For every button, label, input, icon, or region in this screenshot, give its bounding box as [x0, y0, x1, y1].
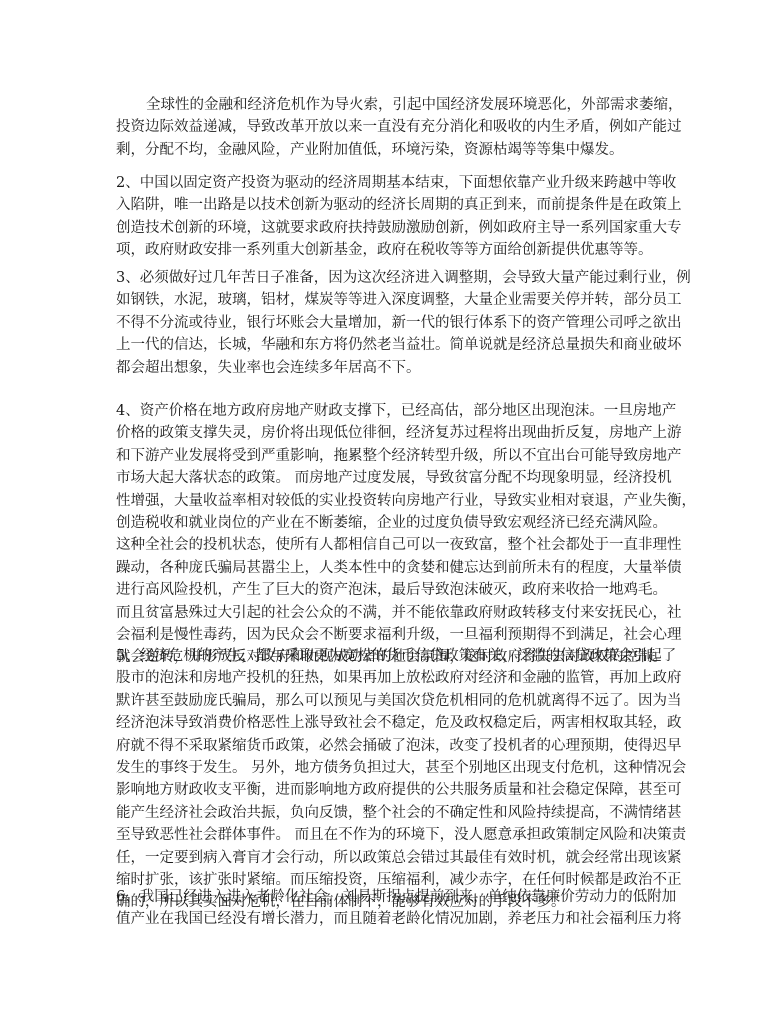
paragraph-point-4: 4、资产价格在地方政府房地产财政支撑下，已经高估，部分地区出现泡沫。一旦房地产价…: [116, 400, 661, 669]
text-line: 不得不分流或待业，银行坏账会大量增加，新一代的银行体系下的资产管理公司呼之欲出: [116, 312, 661, 334]
text-line: 值产业在我国已经没有增长潜力，而且随着老龄化情况加剧，养老压力和社会福利压力将: [116, 908, 661, 930]
text-line: 股市的泡沫和房地产投机的狂热，如果再加上放松政府对经济和金融的监管，再加上政府: [116, 667, 661, 689]
text-line: 至导致恶性社会群体事件。 而且在不作为的环境下，没人愿意承担政策制定风险和决策责: [116, 824, 661, 846]
text-line: 投资边际效益递减，导致改革开放以来一直没有充分消化和吸收的内生矛盾，例如产能过: [116, 116, 661, 138]
text-line: 5、经济危机的产生，都与采取更为宽松的货币信贷政策有关，泛滥的信贷政策会引起了: [116, 645, 661, 667]
text-line: 和下游产业发展将受到严重影响，拖累整个经济转型升级，所以不宜出台可能导致房地产: [116, 445, 661, 467]
text-line: 上一代的信达，长城，华融和东方将仍然老当益壮。简单说就是经济总量损失和商业破坏: [116, 334, 661, 356]
text-line: 经济泡沫导致消费价格恶性上涨导致社会不稳定，危及政权稳定后，两害相权取其轻，政: [116, 712, 661, 734]
text-line: 进行高风险投机，产生了巨大的资产泡沫，最后导致泡沫破灭，政府来收拾一地鸡毛。: [116, 579, 661, 601]
text-line: 躁动，各种庞氏骗局甚嚣尘上，人类本性中的贪婪和健忘达到前所未有的程度，大量举债: [116, 557, 661, 579]
text-line: 府就不得不采取紧缩货币政策，必然会捅破了泡沫，改变了投机者的心理预期，使得迟早: [116, 735, 661, 757]
text-line: 6、我国已经进入进入老龄化社会，刘易斯拐点提前到来，单纯依靠廉价劳动力的低附加: [116, 886, 661, 908]
text-line: 价格的政策支撑失灵，房价将出现低位徘徊，经济复苏过程将出现曲折反复，房地产上游: [116, 422, 661, 444]
text-line: 全球性的金融和经济危机作为导火索，引起中国经济发展环境恶化，外部需求萎缩，: [116, 94, 661, 116]
text-line: 性增强，大量收益率相对较低的实业投资转向房地产行业，导致实业相对衰退，产业失衡，: [116, 490, 661, 512]
text-line: 市场大起大落状态的政策。 而房地产过度发展，导致贫富分配不均现象明显，经济投机: [116, 467, 661, 489]
text-line: 任，一定要到病入膏肓才会行动，所以政策总会错过其最佳有效时机，就会经常出现该紧: [116, 847, 661, 869]
text-line: 4、资产价格在地方政府房地产财政支撑下，已经高估，部分地区出现泡沫。一旦房地产: [116, 400, 661, 422]
text-line: 创造税收和就业岗位的产业在不断萎缩，企业的过度负债导致宏观经济已经充满风险。: [116, 512, 661, 534]
text-line: 会福利是慢性毒药，因为民众会不断要求福利升级，一旦福利预期得不到满足，社会心理: [116, 624, 661, 646]
text-line: 而且贫富悬殊过大引起的社会公众的不满，并不能依靠政府财政转移支付来安抚民心，社: [116, 602, 661, 624]
paragraph-point-3: 3、必须做好过几年苦日子准备，因为这次经济进入调整期，会导致大量产能过剩行业，例…: [116, 267, 661, 379]
paragraph-point-5: 5、经济危机的产生，都与采取更为宽松的货币信贷政策有关，泛滥的信贷政策会引起了股…: [116, 645, 661, 914]
text-line: 都会超出想象，失业率也会连续多年居高不下。: [116, 357, 661, 379]
text-line: 这种全社会的投机状态，使所有人都相信自己可以一夜致富，整个社会都处于一直非理性: [116, 534, 661, 556]
paragraph-intro: 全球性的金融和经济危机作为导火索，引起中国经济发展环境恶化，外部需求萎缩，投资边…: [116, 94, 661, 161]
text-line: 项，政府财政安排一系列重大创新基金，政府在税收等等方面给创新提供优惠等等。: [116, 239, 661, 261]
paragraph-point-2: 2、中国以固定资产投资为驱动的经济周期基本结束，下面想依靠产业升级来跨越中等收入…: [116, 172, 661, 262]
text-line: 如钢铁，水泥，玻璃，铝材，煤炭等等进入深度调整，大量企业需要关停并转，部分员工: [116, 289, 661, 311]
text-line: 创造技术创新的环境，这就要求政府扶持鼓励激励创新，例如政府主导一系列国家重大专: [116, 217, 661, 239]
text-line: 3、必须做好过几年苦日子准备，因为这次经济进入调整期，会导致大量产能过剩行业，例: [116, 267, 661, 289]
text-line: 剩，分配不均，金融风险，产业附加值低，环境污染，资源枯竭等等集中爆发。: [116, 139, 661, 161]
paragraph-point-6: 6、我国已经进入进入老龄化社会，刘易斯拐点提前到来，单纯依靠廉价劳动力的低附加值…: [116, 886, 661, 931]
text-line: 发生的事终于发生。 另外，地方债务负担过大，甚至个别地区出现支付危机，这种情况会: [116, 757, 661, 779]
text-line: 默许甚至鼓励庞氏骗局，那么可以预见与美国次贷危机相同的危机就离得不远了。因为当: [116, 690, 661, 712]
text-line: 2、中国以固定资产投资为驱动的经济周期基本结束，下面想依靠产业升级来跨越中等收: [116, 172, 661, 194]
text-line: 能产生经济社会政治共振，负向反馈，整个社会的不确定性和风险持续提高，不满情绪甚: [116, 802, 661, 824]
text-line: 影响地方财政收支平衡，进而影响地方政府提供的公共服务质量和社会稳定保障，甚至可: [116, 779, 661, 801]
text-line: 入陷阱，唯一出路是以技术创新为驱动的经济长周期的真正到来，而前提条件是在政策上: [116, 194, 661, 216]
